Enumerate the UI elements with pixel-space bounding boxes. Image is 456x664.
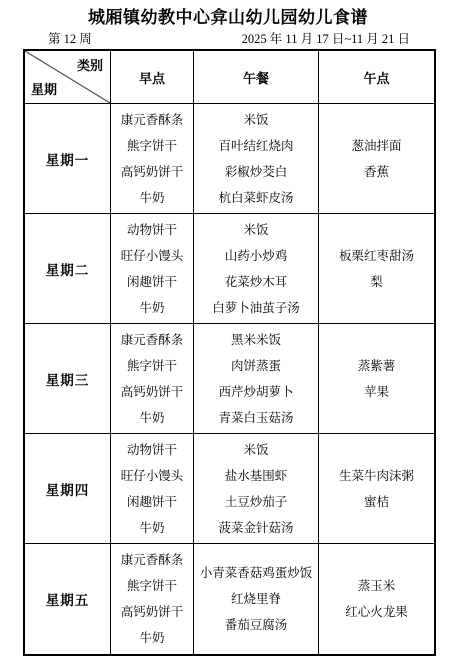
menu-item: 熊字饼干 (127, 573, 177, 599)
menu-item: 米饭 (243, 437, 268, 463)
menu-item: 土豆炒茄子 (225, 489, 288, 515)
breakfast-cell-thursday: 动物饼干 旺仔小馒头 闲趣饼干 牛奶 (111, 434, 194, 544)
snack-cell-monday: 葱油拌面 香蕉 (319, 104, 434, 214)
corner-label-category: 类别 (77, 55, 103, 74)
page-title: 城厢镇幼教中心弇山幼儿园幼儿食谱 (0, 7, 456, 29)
column-header-snack: 午点 (319, 51, 434, 104)
menu-item: 康元香酥条 (121, 327, 184, 353)
subtitle-row: 第 12 周 2025 年 11 月 17 日~11 月 21 日 (0, 31, 456, 47)
menu-item: 青菜白玉菇汤 (218, 405, 293, 431)
snack-cell-wednesday: 蒸紫薯 苹果 (319, 324, 434, 434)
menu-item: 旺仔小馒头 (121, 243, 184, 269)
menu-item: 红心火龙果 (345, 599, 408, 625)
menu-page: 城厢镇幼教中心弇山幼儿园幼儿食谱 第 12 周 2025 年 11 月 17 日… (0, 7, 456, 664)
menu-item: 生菜牛肉沫粥 (339, 463, 414, 489)
breakfast-cell-friday: 康元香酥条 熊字饼干 高钙奶饼干 牛奶 (111, 544, 194, 654)
menu-item: 米饭 (243, 217, 268, 243)
day-label-thursday: 星期四 (25, 434, 111, 544)
menu-item: 蒸玉米 (358, 573, 396, 599)
menu-item: 白萝卜油茧子汤 (212, 295, 300, 321)
menu-item: 盐水基围虾 (225, 463, 288, 489)
menu-item: 牛奶 (139, 185, 164, 211)
breakfast-cell-wednesday: 康元香酥条 熊字饼干 高钙奶饼干 牛奶 (111, 324, 194, 434)
menu-item: 黑米米饭 (231, 327, 281, 353)
menu-item: 牛奶 (139, 295, 164, 321)
menu-item: 牛奶 (139, 405, 164, 431)
menu-item: 高钙奶饼干 (121, 599, 184, 625)
menu-item: 苹果 (364, 379, 389, 405)
column-header-lunch: 午餐 (194, 51, 319, 104)
snack-cell-tuesday: 板栗红枣甜汤 梨 (319, 214, 434, 324)
menu-item: 高钙奶饼干 (121, 379, 184, 405)
menu-item: 彩椒炒茭白 (225, 159, 288, 185)
corner-label-weekday: 星期 (31, 79, 57, 98)
lunch-cell-monday: 米饭 百叶结红烧肉 彩椒炒茭白 杭白菜虾皮汤 (194, 104, 319, 214)
menu-item: 动物饼干 (127, 217, 177, 243)
menu-item: 高钙奶饼干 (121, 159, 184, 185)
snack-cell-thursday: 生菜牛肉沫粥 蜜桔 (319, 434, 434, 544)
day-label-friday: 星期五 (25, 544, 111, 654)
breakfast-cell-tuesday: 动物饼干 旺仔小馒头 闲趣饼干 牛奶 (111, 214, 194, 324)
menu-item: 熊字饼干 (127, 133, 177, 159)
menu-item: 菠菜金针菇汤 (218, 515, 293, 541)
menu-item: 肉饼蒸蛋 (231, 353, 281, 379)
menu-item: 熊字饼干 (127, 353, 177, 379)
menu-item: 番茄豆腐汤 (225, 612, 288, 638)
menu-item: 香蕉 (364, 159, 389, 185)
lunch-cell-wednesday: 黑米米饭 肉饼蒸蛋 西芹炒胡萝卜 青菜白玉菇汤 (194, 324, 319, 434)
snack-cell-friday: 蒸玉米 红心火龙果 (319, 544, 434, 654)
menu-item: 葱油拌面 (351, 133, 401, 159)
menu-item: 康元香酥条 (121, 107, 184, 133)
menu-item: 牛奶 (139, 515, 164, 541)
menu-item: 旺仔小馒头 (121, 463, 184, 489)
menu-item: 蒸紫薯 (358, 353, 396, 379)
menu-item: 康元香酥条 (121, 547, 184, 573)
day-label-tuesday: 星期二 (25, 214, 111, 324)
breakfast-cell-monday: 康元香酥条 熊字饼干 高钙奶饼干 牛奶 (111, 104, 194, 214)
lunch-cell-tuesday: 米饭 山药小炒鸡 花菜炒木耳 白萝卜油茧子汤 (194, 214, 319, 324)
menu-table: 类别 星期 早点 午餐 午点 星期一 康元香酥条 熊字饼干 高钙奶饼干 牛奶 米… (23, 49, 436, 656)
menu-item: 米饭 (243, 107, 268, 133)
lunch-cell-thursday: 米饭 盐水基围虾 土豆炒茄子 菠菜金针菇汤 (194, 434, 319, 544)
menu-item: 杭白菜虾皮汤 (218, 185, 293, 211)
menu-item: 闲趣饼干 (127, 489, 177, 515)
menu-item: 百叶结红烧肉 (218, 133, 293, 159)
day-label-wednesday: 星期三 (25, 324, 111, 434)
menu-item: 山药小炒鸡 (225, 243, 288, 269)
lunch-cell-friday: 小青菜香菇鸡蛋炒饭 红烧里脊 番茄豆腐汤 (194, 544, 319, 654)
menu-item: 动物饼干 (127, 437, 177, 463)
day-label-monday: 星期一 (25, 104, 111, 214)
menu-item: 蜜桔 (364, 489, 389, 515)
menu-item: 小青菜香菇鸡蛋炒饭 (200, 560, 313, 586)
week-label: 第 12 周 (48, 31, 92, 47)
menu-item: 红烧里脊 (231, 586, 281, 612)
date-range: 2025 年 11 月 17 日~11 月 21 日 (242, 31, 410, 47)
menu-item: 西芹炒胡萝卜 (218, 379, 293, 405)
menu-item: 梨 (370, 269, 383, 295)
corner-cell: 类别 星期 (25, 51, 111, 104)
menu-item: 闲趣饼干 (127, 269, 177, 295)
menu-item: 花菜炒木耳 (225, 269, 288, 295)
menu-item: 牛奶 (139, 625, 164, 651)
menu-item: 板栗红枣甜汤 (339, 243, 414, 269)
column-header-breakfast: 早点 (111, 51, 194, 104)
